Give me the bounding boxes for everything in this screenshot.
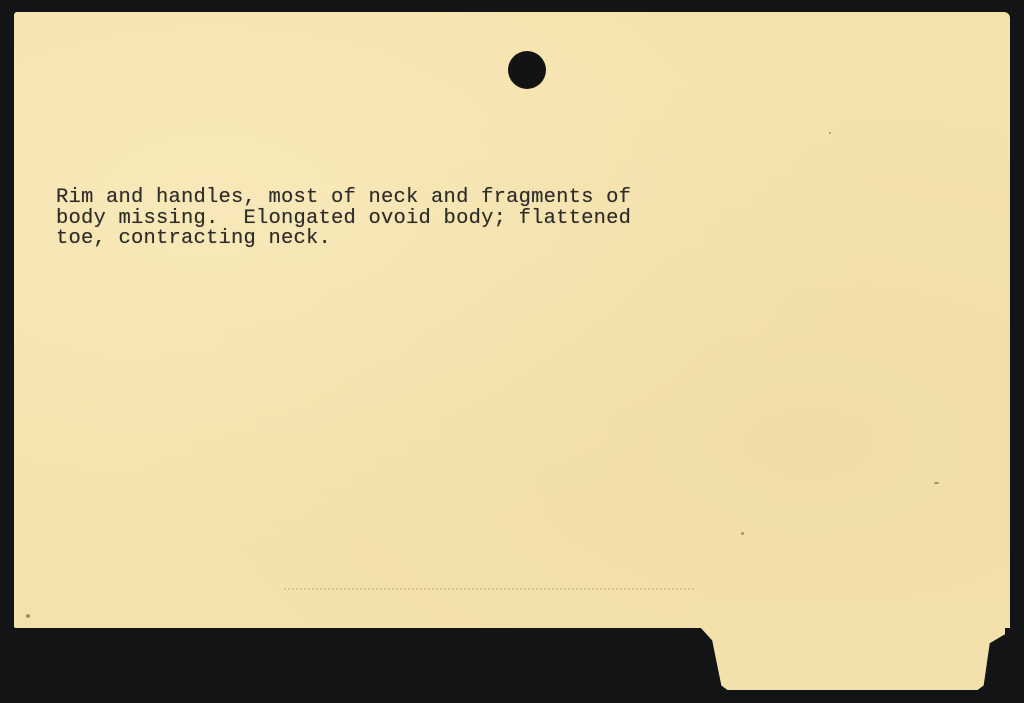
text-line-2: body missing. Elongated ovoid body; flat… xyxy=(56,207,631,230)
scan-background: Rim and handles, most of neck and fragme… xyxy=(0,0,1024,703)
index-card-tab xyxy=(700,600,1005,690)
index-card: Rim and handles, most of neck and fragme… xyxy=(14,12,1010,628)
typed-description: Rim and handles, most of neck and fragme… xyxy=(56,188,631,250)
speck xyxy=(829,132,831,134)
speck xyxy=(26,614,30,618)
speck xyxy=(741,532,744,535)
speck xyxy=(934,482,939,484)
text-line-1: Rim and handles, most of neck and fragme… xyxy=(56,186,631,209)
punch-hole xyxy=(508,51,546,89)
text-line-3: toe, contracting neck. xyxy=(56,227,331,250)
show-through-marks xyxy=(284,588,694,590)
